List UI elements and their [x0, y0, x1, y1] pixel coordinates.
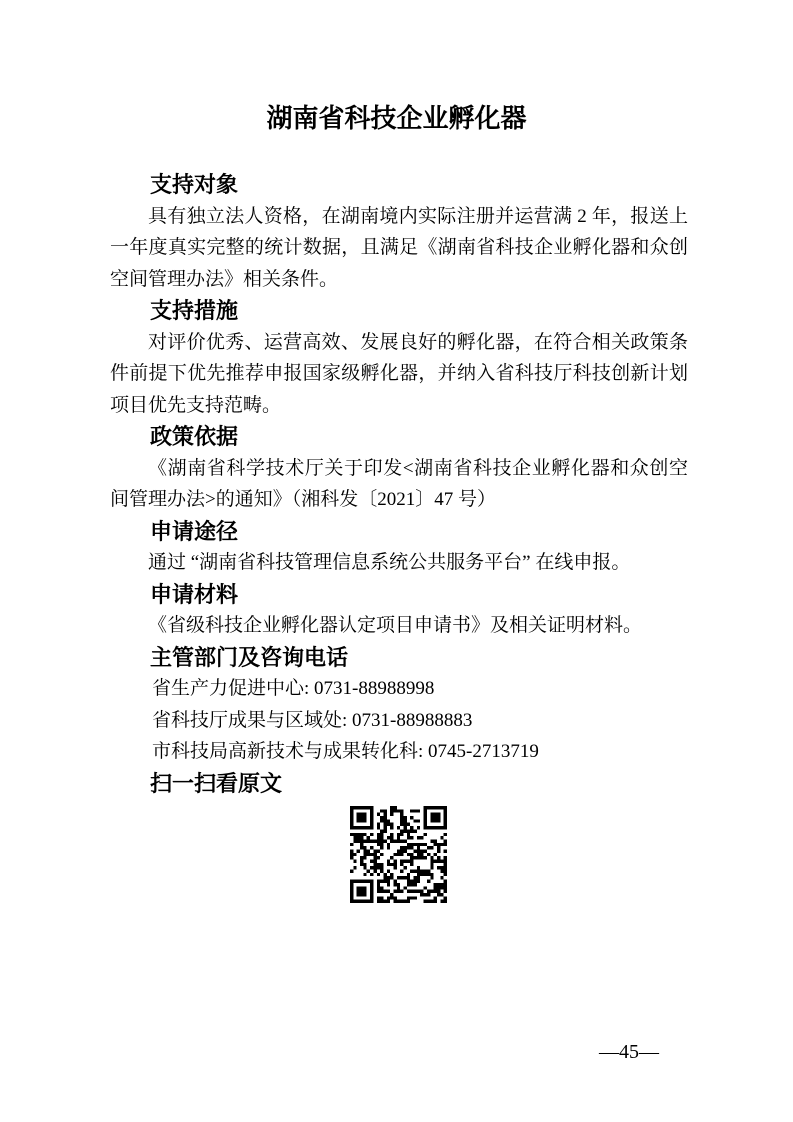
- section-heading-scan-original: 扫一扫看原文: [110, 768, 688, 800]
- section-heading-contacts: 主管部门及咨询电话: [110, 642, 688, 674]
- document-title: 湖南省科技企业孵化器: [0, 98, 793, 135]
- page-number: —45—: [599, 1041, 659, 1064]
- section-heading-application-materials: 申请材料: [110, 579, 688, 611]
- paragraph-line: 通过 “湖南省科技管理信息系统公共服务平台” 在线申报。: [110, 547, 688, 579]
- section-heading-support-target: 支持对象: [110, 169, 688, 201]
- paragraph-line: 项目优先支持范畴。: [110, 390, 688, 422]
- section-heading-policy-basis: 政策依据: [110, 421, 688, 453]
- paragraph-line: 《湖南省科学技术厅关于印发<湖南省科技企业孵化器和众创空: [110, 453, 688, 485]
- paragraph-line: 间管理办法>的通知》（湘科发〔2021〕47 号）: [110, 484, 688, 516]
- qr-code: [350, 806, 447, 903]
- contact-line: 省生产力促进中心: 0731-88988998: [110, 673, 688, 705]
- paragraph-line: 《省级科技企业孵化器认定项目申请书》及相关证明材料。: [110, 610, 688, 642]
- contact-line: 市科技局高新技术与成果转化科: 0745-2713719: [110, 736, 688, 768]
- paragraph-line: 具有独立法人资格，在湖南境内实际注册并运营满 2 年，报送上: [110, 201, 688, 233]
- section-heading-application-channel: 申请途径: [110, 516, 688, 548]
- paragraph-line: 对评价优秀、运营高效、发展良好的孵化器，在符合相关政策条: [110, 327, 688, 359]
- contact-line: 省科技厅成果与区域处: 0731-88988883: [110, 705, 688, 737]
- paragraph-line: 一年度真实完整的统计数据，且满足《湖南省科技企业孵化器和众创: [110, 232, 688, 264]
- paragraph-line: 件前提下优先推荐申报国家级孵化器，并纳入省科技厅科技创新计划: [110, 358, 688, 390]
- qr-code-container: [350, 806, 447, 903]
- section-heading-support-measures: 支持措施: [110, 295, 688, 327]
- paragraph-line: 空间管理办法》相关条件。: [110, 264, 688, 296]
- document-body: 支持对象 具有独立法人资格，在湖南境内实际注册并运营满 2 年，报送上 一年度真…: [110, 169, 688, 799]
- document-page: 湖南省科技企业孵化器 支持对象 具有独立法人资格，在湖南境内实际注册并运营满 2…: [0, 0, 793, 1122]
